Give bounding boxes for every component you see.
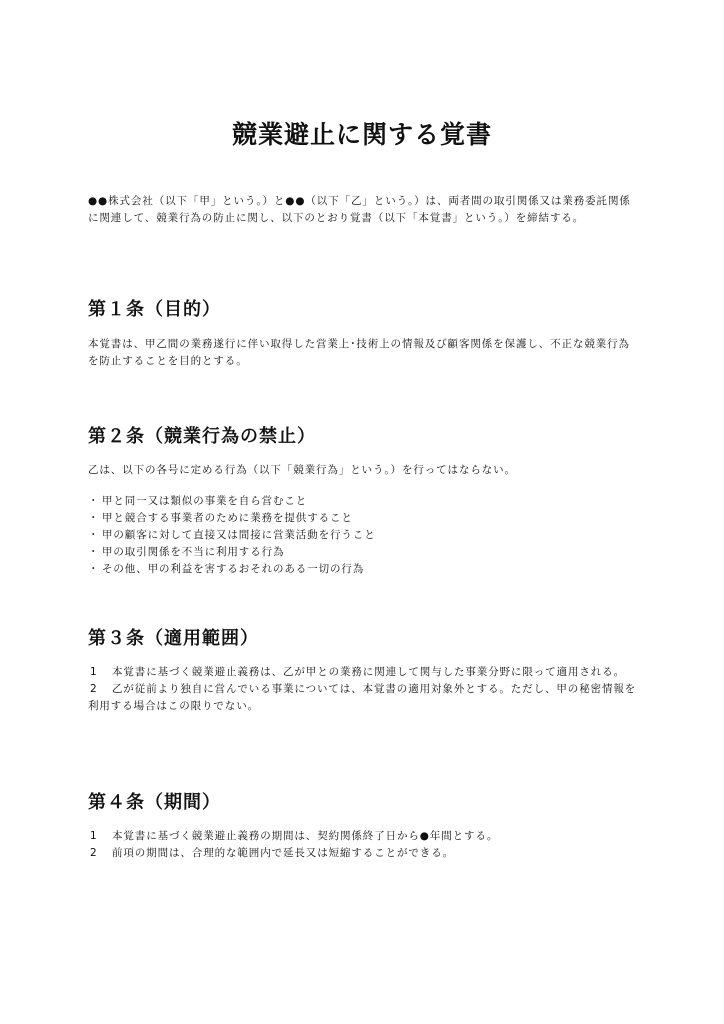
clause-text: 本覚書に基づく競業避止義務の期間は、契約関係終了日から●年間とする。 (112, 830, 498, 842)
preamble-text: ●●株式会社（以下「甲」という。）と●●（以下「乙」という。）は、両者間の取引関… (88, 193, 640, 227)
bullet-icon: ・ (88, 527, 102, 544)
clause-item: 2前項の期間は、合理的な範囲内で延長又は短縮することができる。 (88, 845, 640, 862)
article-1-heading: 第１条（目的） (88, 298, 640, 322)
prohibited-acts-list: ・ 甲と同一又は類似の事業を自ら営むこと ・ 甲と競合する事業者のために業務を提… (88, 493, 640, 578)
article-2-heading: 第２条（競業行為の禁止） (88, 425, 640, 449)
article-1: 第１条（目的） 本覚書は、甲乙間の業務遂行に伴い取得した営業上･技術上の情報及び… (88, 298, 640, 370)
list-item-text: 甲の顧客に対して直接又は間接に営業活動を行うこと (102, 527, 376, 544)
clause-text: 本覚書に基づく競業避止義務は、乙が甲との業務に関連して関与した事業分野に限って適… (112, 666, 625, 678)
list-item-text: 甲と競合する事業者のために業務を提供すること (102, 510, 353, 527)
clause-item: 1本覚書に基づく競業避止義務は、乙が甲との業務に関連して関与した事業分野に限って… (88, 664, 640, 681)
article-2-body: 乙は、以下の各号に定める行為（以下「競業行為」という。）を行ってはならない。 (88, 462, 640, 479)
article-1-body: 本覚書は、甲乙間の業務遂行に伴い取得した営業上･技術上の情報及び顧客関係を保護し… (88, 336, 640, 370)
clause-number: 2 (88, 845, 112, 862)
article-2: 第２条（競業行為の禁止） 乙は、以下の各号に定める行為（以下「競業行為」という。… (88, 425, 640, 578)
list-item: ・ 甲の顧客に対して直接又は間接に営業活動を行うこと (88, 527, 640, 544)
document-title: 競業避止に関する覚書 (0, 118, 724, 152)
preamble: ●●株式会社（以下「甲」という。）と●●（以下「乙」という。）は、両者間の取引関… (88, 193, 640, 227)
list-item-text: 甲の取引関係を不当に利用する行為 (102, 544, 284, 561)
bullet-icon: ・ (88, 544, 102, 561)
bullet-icon: ・ (88, 493, 102, 510)
list-item: ・ 甲と競合する事業者のために業務を提供すること (88, 510, 640, 527)
list-item: ・ 甲と同一又は類似の事業を自ら営むこと (88, 493, 640, 510)
list-item-text: 甲と同一又は類似の事業を自ら営むこと (102, 493, 307, 510)
list-item: ・ 甲の取引関係を不当に利用する行為 (88, 544, 640, 561)
clause-number: 1 (88, 664, 112, 681)
clause-text: 乙が従前より独自に営んでいる事業については、本覚書の適用対象外とする。ただし、甲… (88, 683, 636, 712)
document-page: 競業避止に関する覚書 ●●株式会社（以下「甲」という。）と●●（以下「乙」という… (0, 0, 724, 1024)
clause-item: 1本覚書に基づく競業避止義務の期間は、契約関係終了日から●年間とする。 (88, 828, 640, 845)
clause-item: 2乙が従前より独自に営んでいる事業については、本覚書の適用対象外とする。ただし、… (88, 681, 640, 715)
article-4-heading: 第４条（期間） (88, 791, 640, 815)
bullet-icon: ・ (88, 561, 102, 578)
clause-number: 2 (88, 681, 112, 698)
list-item-text: その他、甲の利益を害するおそれのある一切の行為 (102, 561, 364, 578)
clause-number: 1 (88, 828, 112, 845)
article-3-heading: 第３条（適用範囲） (88, 627, 640, 651)
clause-text: 前項の期間は、合理的な範囲内で延長又は短縮することができる。 (112, 847, 454, 859)
article-3: 第３条（適用範囲） 1本覚書に基づく競業避止義務は、乙が甲との業務に関連して関与… (88, 627, 640, 715)
list-item: ・ その他、甲の利益を害するおそれのある一切の行為 (88, 561, 640, 578)
article-4: 第４条（期間） 1本覚書に基づく競業避止義務の期間は、契約関係終了日から●年間と… (88, 791, 640, 862)
bullet-icon: ・ (88, 510, 102, 527)
